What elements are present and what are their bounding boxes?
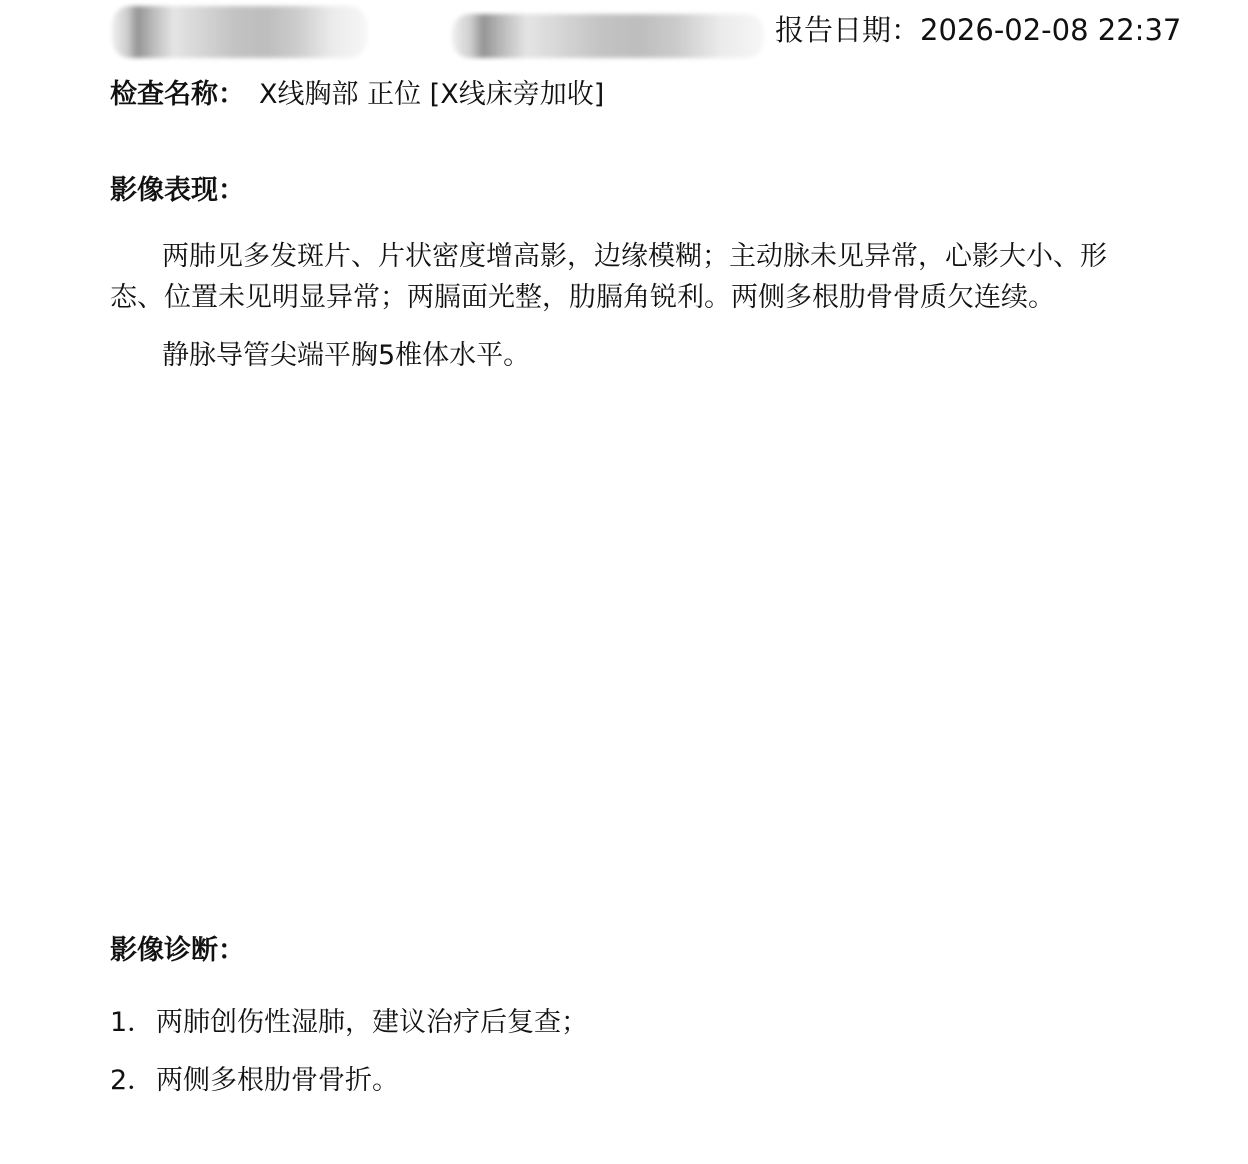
diagnosis-item-text: 两侧多根肋骨骨折。 [156, 1065, 399, 1096]
redacted-patient-field [112, 6, 367, 58]
exam-name-row: 检查名称：X线胸部 正位 [X线床旁加收] [110, 76, 604, 114]
diagnosis-item: 1．两肺创伤性湿肺，建议治疗后复查； [110, 1004, 588, 1062]
diagnosis-item-number: 1． [110, 1004, 156, 1042]
findings-title: 影像表现： [110, 172, 245, 210]
diagnosis-item-text: 两肺创伤性湿肺，建议治疗后复查； [156, 1007, 588, 1038]
report-date: 报告日期：2026-02-08 22:37 [775, 11, 1181, 49]
report-date-value: 2026-02-08 22:37 [920, 13, 1181, 47]
redacted-id-field [452, 14, 764, 58]
report-date-label: 报告日期： [775, 13, 920, 47]
report-header: 报告日期：2026-02-08 22:37 [0, 0, 1248, 62]
diagnosis-list: 1．两肺创伤性湿肺，建议治疗后复查； 2．两侧多根肋骨骨折。 [110, 1004, 588, 1120]
findings-body: 两肺见多发斑片、片状密度增高影，边缘模糊；主动脉未见异常，心影大小、形态、位置未… [110, 236, 1140, 376]
findings-paragraph: 静脉导管尖端平胸5椎体水平。 [110, 335, 1140, 376]
diagnosis-item-number: 2． [110, 1062, 156, 1100]
diagnosis-item: 2．两侧多根肋骨骨折。 [110, 1062, 588, 1120]
findings-paragraph: 两肺见多发斑片、片状密度增高影，边缘模糊；主动脉未见异常，心影大小、形态、位置未… [110, 236, 1140, 318]
exam-name-value: X线胸部 正位 [X线床旁加收] [259, 79, 604, 110]
diagnosis-title: 影像诊断： [110, 932, 245, 970]
exam-name-label: 检查名称： [110, 79, 245, 110]
